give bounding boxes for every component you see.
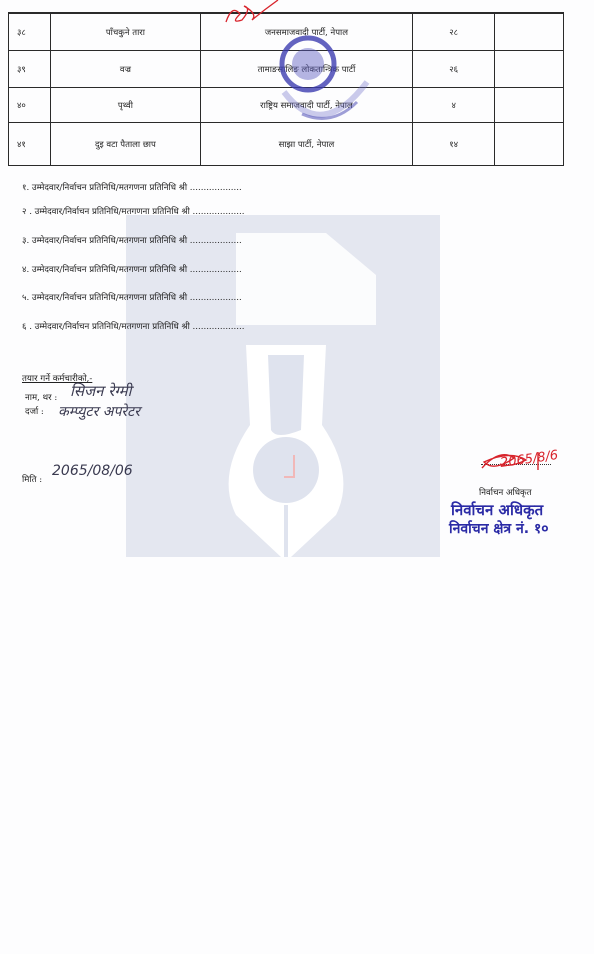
officer-label: निर्वाचन अधिकृत <box>479 486 532 498</box>
symbol-cell: पृथ्वी <box>50 88 200 123</box>
votes-cell: ४ <box>412 88 495 123</box>
name-handwritten-value: सिजन रेग्मी <box>70 381 131 401</box>
officer-stamp-line-1: निर्वाचन अधिकृत <box>451 500 543 520</box>
date-handwritten-value: 2065/08/06 <box>52 463 133 479</box>
representative-line-5: ५. उम्मेदवार/निर्वाचन प्रतिनिधि/मतगणना प… <box>22 291 242 303</box>
votes-cell: २६ <box>412 51 495 88</box>
remarks-cell <box>495 123 564 166</box>
officer-stamp-line-2: निर्वाचन क्षेत्र नं. १० <box>449 519 549 538</box>
remarks-cell <box>495 51 564 88</box>
rank-label: दर्जा : <box>25 405 44 417</box>
representative-line-4: ४. उम्मेदवार/निर्वाचन प्रतिनिधि/मतगणना प… <box>22 263 242 275</box>
representative-line-1: १. उम्मेदवार/निर्वाचन प्रतिनिधि/मतगणना प… <box>22 181 242 193</box>
signature-top-icon <box>222 0 282 28</box>
date-label: मिति : <box>22 473 42 485</box>
serial-number-cell: ३८ <box>9 13 51 51</box>
representative-line-6: ६ . उम्मेदवार/निर्वाचन प्रतिनिधि/मतगणना … <box>22 320 244 332</box>
officer-signature-icon <box>480 446 594 476</box>
serial-number-cell: ३९ <box>9 51 51 88</box>
rank-handwritten-value: कम्प्युटर अपरेटर <box>58 402 140 421</box>
symbol-cell: दुइ वटा पैताला छाप <box>50 123 200 166</box>
remarks-cell <box>495 88 564 123</box>
serial-number-cell: ४० <box>9 88 51 123</box>
representative-line-3: ३. उम्मेदवार/निर्वाचन प्रतिनिधि/मतगणना प… <box>22 234 242 246</box>
name-label: नाम, थर : <box>25 391 57 403</box>
votes-cell: १४ <box>412 123 495 166</box>
votes-cell: २८ <box>412 13 495 51</box>
symbol-cell: वज्र <box>50 51 200 88</box>
symbol-cell: पाँचकुने तारा <box>50 13 200 51</box>
serial-number-cell: ४१ <box>9 123 51 166</box>
remarks-cell <box>495 13 564 51</box>
official-seal-icon <box>262 22 382 152</box>
representative-line-2: २ . उम्मेदवार/निर्वाचन प्रतिनिधि/मतगणना … <box>22 205 244 217</box>
